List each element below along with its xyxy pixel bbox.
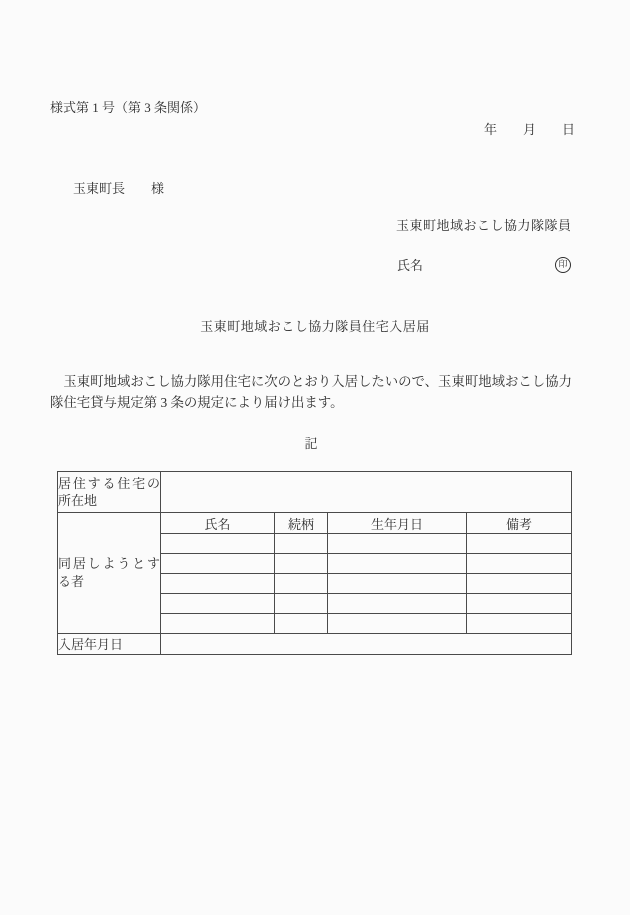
empty-cell xyxy=(328,574,467,594)
date-line: 年 月 日 xyxy=(484,119,575,138)
cohabitants-label-cell: 同居しようとする者 xyxy=(58,513,161,634)
empty-cell xyxy=(328,534,467,554)
seal-character: 印 xyxy=(558,260,567,269)
record-marker: 記 xyxy=(50,433,572,452)
empty-cell xyxy=(275,594,328,614)
name-label: 氏名 xyxy=(397,255,423,274)
move-in-date-label-cell: 入居年月日 xyxy=(58,634,161,655)
column-header-birthdate: 生年月日 xyxy=(328,513,467,534)
move-in-date-value-cell xyxy=(161,634,572,655)
empty-cell xyxy=(467,534,572,554)
empty-cell xyxy=(161,534,275,554)
empty-cell xyxy=(467,614,572,634)
column-header-name: 氏名 xyxy=(161,513,275,534)
empty-cell xyxy=(328,614,467,634)
empty-cell xyxy=(275,554,328,574)
empty-cell xyxy=(161,594,275,614)
sender-name-line: 氏名 印 xyxy=(397,255,571,274)
empty-cell xyxy=(275,574,328,594)
empty-cell xyxy=(161,554,275,574)
document-title: 玉東町地域おこし協力隊員住宅入居届 xyxy=(0,316,630,335)
addressee: 玉東町長 様 xyxy=(73,178,164,197)
empty-cell xyxy=(467,574,572,594)
empty-cell xyxy=(467,554,572,574)
body-paragraph: 玉東町地域おこし協力隊用住宅に次のとおり入居したいので、玉東町地域おこし協力隊住… xyxy=(50,371,572,413)
form-table-body: 居住する住宅の所在地 同居しようとする者 氏名 続柄 生年月日 備考 入居年月日 xyxy=(58,472,572,655)
sender-title: 玉東町地域おこし協力隊隊員 xyxy=(396,215,572,234)
document-page: 様式第 1 号（第 3 条関係） 年 月 日 玉東町長 様 玉東町地域おこし協力… xyxy=(0,0,630,915)
residence-label-cell: 居住する住宅の所在地 xyxy=(58,472,161,513)
empty-cell xyxy=(275,614,328,634)
move-in-date-row: 入居年月日 xyxy=(58,634,572,655)
column-header-remarks: 備考 xyxy=(467,513,572,534)
empty-cell xyxy=(328,554,467,574)
empty-cell xyxy=(467,594,572,614)
form-number: 様式第 1 号（第 3 条関係） xyxy=(50,97,206,116)
seal-mark-icon: 印 xyxy=(555,257,571,273)
empty-cell xyxy=(161,614,275,634)
empty-cell xyxy=(328,594,467,614)
move-in-form-table: 居住する住宅の所在地 同居しようとする者 氏名 続柄 生年月日 備考 入居年月日 xyxy=(57,471,572,655)
empty-cell xyxy=(161,574,275,594)
residence-row: 居住する住宅の所在地 xyxy=(58,472,572,513)
table-header-row: 同居しようとする者 氏名 続柄 生年月日 備考 xyxy=(58,513,572,534)
column-header-relationship: 続柄 xyxy=(275,513,328,534)
empty-cell xyxy=(275,534,328,554)
residence-value-cell xyxy=(161,472,572,513)
